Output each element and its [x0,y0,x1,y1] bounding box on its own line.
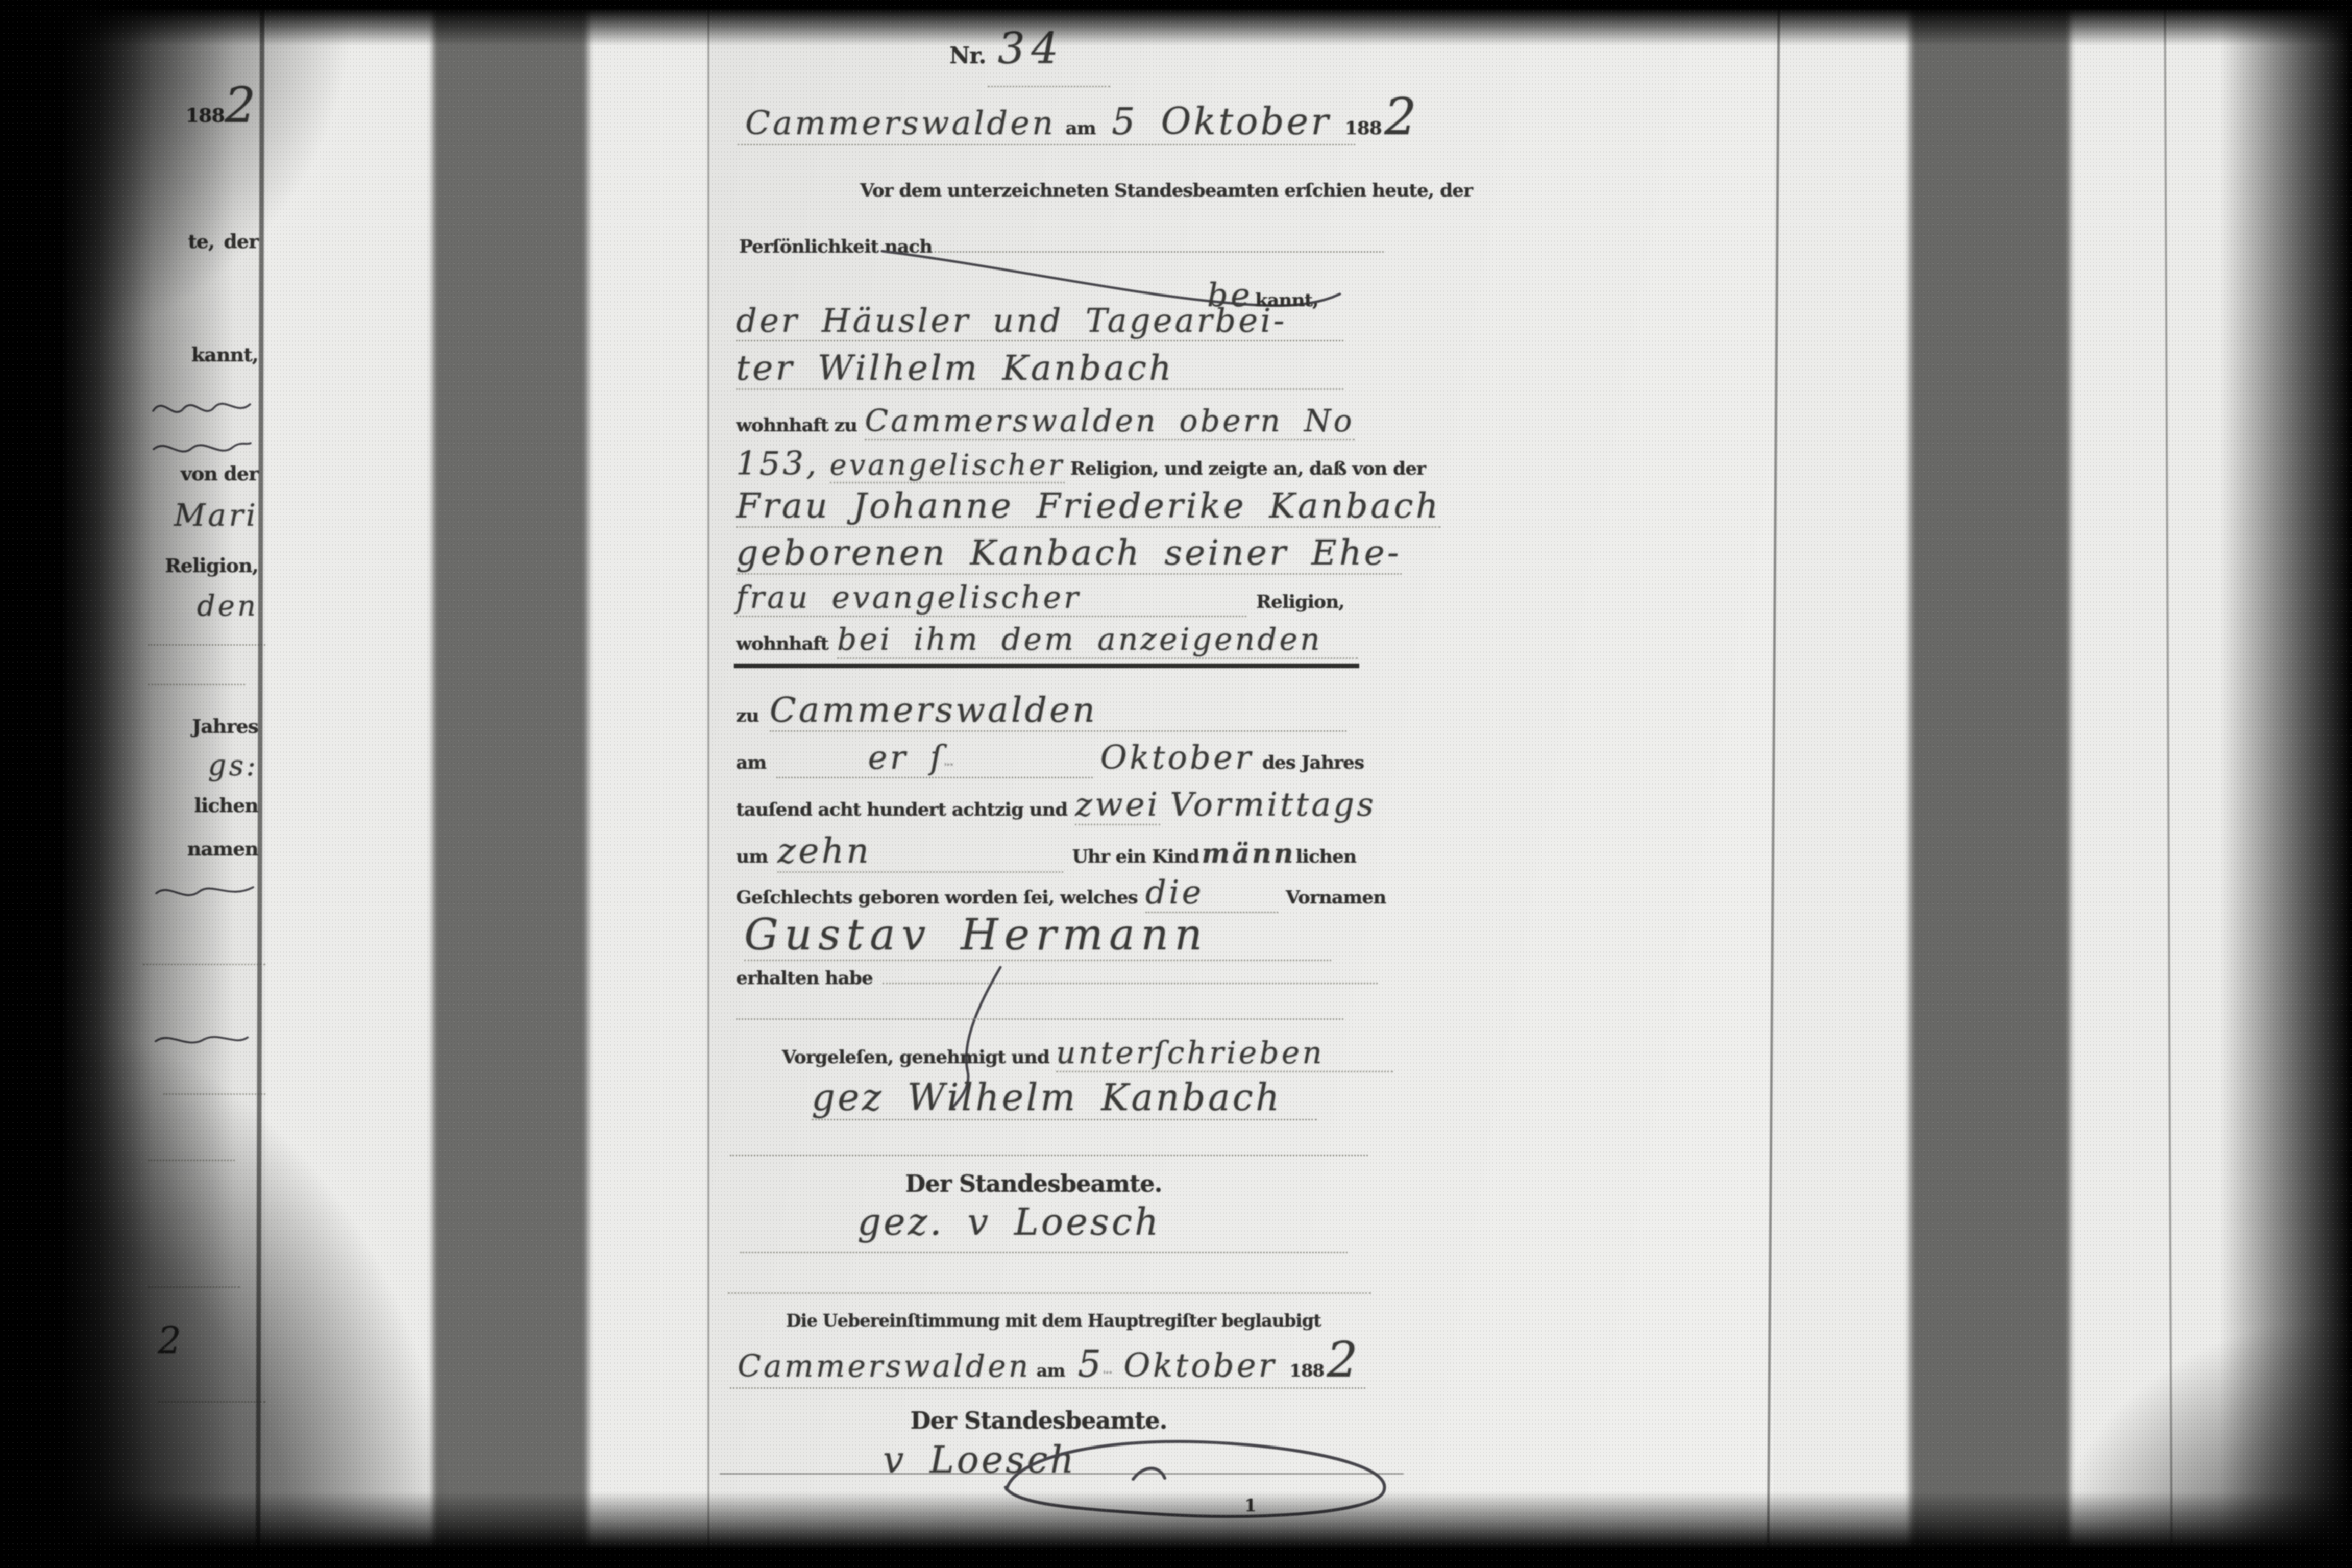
ruled-line [740,1252,1347,1253]
zu-label: zu [736,705,759,726]
section-divider-rule [734,664,1359,668]
handwriting-squiggle [143,393,260,424]
certification-month: Oktober [1123,1347,1277,1385]
certification-year-hand: 2 [1327,1331,1360,1388]
left-year-printed: 188 [186,104,225,127]
fold-shadow-band-right [1910,0,2070,1568]
printed-year-prefix: 188 [1345,117,1382,139]
registrar-signature-1-line: gez. v Loesch [857,1200,1161,1243]
book-spread: 1882 te, der kannt, von der Mari Religio… [0,0,2352,1568]
vorgelesen-line: Vorgeleſen, genehmigt und unterſchrieben [782,1035,1393,1072]
signature-paraph-oval [985,1428,1414,1525]
erhalten-habe-label: erhalten habe [736,967,873,989]
intro-line-1: Vor dem unterzeichneten Standesbeamten e… [860,180,1473,201]
left-fragment-mari: Mari [174,498,258,533]
certification-year-printed: 188 [1289,1361,1324,1381]
ruled-line [730,1155,1368,1156]
page-crease [707,0,709,1568]
birthplace-line: zu Cammerswalden [736,690,1346,732]
mother-religion-line: frau evangelischer Religion, [736,580,1344,617]
ruled-line-fragment [148,644,265,646]
mother-residence-line: wohnhaft bei ihm dem anzeigenden [736,622,1358,659]
gender-hand: männ [1202,838,1295,869]
mother-name: Frau Johanne Friederike Kanbach [736,486,1440,528]
birth-day-blank: er ſten [776,739,1093,778]
residence-line: wohnhaft zu Cammerswalden obern No [736,403,1355,440]
page-crease [2164,0,2172,1568]
left-year-hand: 2 [225,77,258,134]
ruled-line [736,1018,1343,1020]
ruled-line-fragment [163,1093,265,1095]
left-fragment-lichen: lichen [194,794,258,817]
birth-record-page: Nr. 34 Cammerswalden am 5 Oktober 188 2 … [709,0,1773,1568]
declarant-line-1: der Häusler und Tagearbei- [736,302,1343,341]
left-fragment-kannt: kannt, [191,343,258,366]
vorgelesen-printed: Vorgeleſen, genehmigt und [782,1046,1049,1068]
birthplace-value: Cammerswalden [770,690,1346,732]
record-number-line: Nr. 34 [949,23,1065,73]
registration-date: 5 Oktober [1112,100,1331,143]
birthyear-line: tauſend acht hundert achtzig und zwei Vo… [736,786,1376,825]
ruled-line [730,1387,1365,1389]
birth-day-suffix: ten [945,762,954,767]
geschlechts-line: Geſchlechts geboren worden ſei, welches … [736,874,1386,913]
declarant-signature: gez Wilhelm Kanbach [812,1076,1317,1120]
geschlechts-text: Geſchlechts geboren worden ſei, welches [736,887,1138,908]
uhr-kind-label: Uhr ein Kind [1072,846,1199,867]
left-fragment-religion: Religion, [165,554,258,577]
ruled-line [738,144,1355,145]
previous-page-fragment: 1882 te, der kannt, von der Mari Religio… [71,0,265,1568]
child-name-line: Gustav Hermann [744,910,1331,961]
left-fragment-te-der: te, der [188,230,258,253]
declarant-occupation: der Häusler und Tagearbei- [736,302,1343,341]
record-number-value: 34 [998,23,1065,73]
religion-printed-text: Religion, und zeigte an, daß von der [1070,458,1426,479]
birthdate-line: am er ſten Oktober des Jahres [736,739,1364,778]
left-fragment-gs: gs: [208,749,258,782]
microfilm-photo: 1882 te, der kannt, von der Mari Religio… [0,0,2352,1568]
printed-am: am [1065,117,1095,139]
left-fragment-von-der: von der [181,462,258,485]
mother-line-1: Frau Johanne Friederike Kanbach [736,486,1440,528]
daytime-value: Vormittags [1170,786,1376,824]
wohnhaft-zu-label: wohnhaft zu [736,414,857,436]
certification-dateline: Cammerswalden am 5ten Oktober 188 2 [738,1331,1360,1388]
declarant-religion: evangelischer [830,449,1065,483]
registration-dateline: Cammerswalden am 5 Oktober 188 2 [745,87,1419,146]
declarant-name: ter Wilhelm Kanbach [736,348,1343,390]
certification-am: am [1036,1361,1065,1381]
ruled-line-fragment [148,684,245,685]
ruled-line-fragment [158,1401,265,1403]
gender-printed: lichen [1296,846,1357,867]
fold-shadow-band-left [433,0,588,1568]
erhalten-line: erhalten habe [736,962,1378,989]
record-number-label: Nr. [949,43,986,69]
ruled-line-fragment [143,964,265,965]
year-hand-value: zwei [1075,786,1160,825]
um-label: um [736,846,768,867]
certification-day-suffix: ten [1104,1370,1113,1375]
declarant-signature-line: gez Wilhelm Kanbach [812,1076,1317,1120]
residence-value: Cammerswalden obern No [865,403,1355,440]
child-name: Gustav Hermann [744,910,1331,961]
birth-day: er ſ [868,739,945,777]
certification-text: Die Uebereinſtimmung mit dem Hauptregiſt… [786,1311,1321,1331]
left-fragment-namen: namen [187,837,258,860]
left-year-line: 1882 [186,77,258,134]
die-hand: die [1145,874,1278,913]
mother-religion-hand: frau evangelischer [736,580,1246,617]
certification-place: Cammerswalden [738,1349,1031,1384]
ruled-line-fragment [148,1160,235,1161]
birth-month: Oktober [1100,739,1254,777]
birthhour-line: um zehn Uhr ein Kind männlichen [736,831,1356,873]
house-number: 153, [736,445,819,483]
ruled-line [728,1292,1371,1294]
declarant-line-2: ter Wilhelm Kanbach [736,348,1343,390]
registrar-signature-1: gez. v Loesch [857,1200,1161,1243]
wohnhaft-label: wohnhaft [736,633,828,654]
page-number: 1 [1244,1496,1256,1516]
left-fragment-two: 2 [158,1319,184,1362]
handwriting-squiggle [151,434,253,464]
handwritten-year-digit: 2 [1384,87,1419,146]
vornamen-label: Vornamen [1286,887,1386,908]
des-jahres-label: des Jahres [1262,752,1364,773]
mother-residence-value: bei ihm dem anzeigenden [837,622,1358,659]
house-religion-line: 153, evangelischer Religion, und zeigte … [736,445,1426,483]
registrar-title-1: Der Standesbeamte. [709,1170,1358,1197]
unterschrieben-hand: unterſchrieben [1056,1035,1393,1072]
signature-baseline [720,1473,1404,1475]
handwriting-squiggle [153,1026,250,1057]
mother-maiden-name: geborenen Kanbach seiner Ehe- [736,533,1402,575]
year-printed-text: tauſend acht hundert achtzig und [736,799,1067,820]
certification-day: 5 [1078,1342,1104,1385]
registration-place: Cammerswalden [745,105,1056,142]
mother-line-2: geborenen Kanbach seiner Ehe- [736,533,1402,575]
left-fragment-jahres: Jahres [192,715,258,738]
ruled-line-fragment [148,1286,240,1288]
hour-value: zehn [777,831,1063,873]
am-label: am [736,752,766,773]
mother-religion-printed: Religion, [1256,591,1344,612]
handwriting-squiggle [151,877,258,908]
left-fragment-den: den [197,590,258,623]
